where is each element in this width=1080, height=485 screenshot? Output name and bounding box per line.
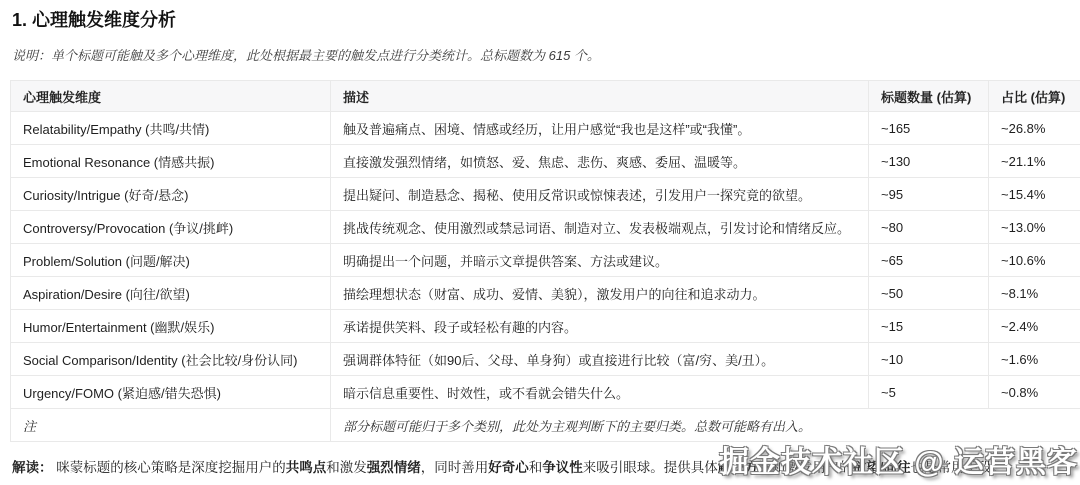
column-header-2: 标题数量 (估算): [869, 81, 989, 112]
interpretation-segment: 和激发: [326, 460, 367, 475]
description-cell: 提出疑问、制造悬念、揭秘、使用反常识或惊悚表述，引发用户一探究竟的欲望。: [331, 178, 869, 211]
share-cell: ~21.1%: [989, 145, 1080, 178]
column-header-0: 心理触发维度: [11, 81, 331, 112]
watermark: 掘金技术社区 @ 运营黑客: [719, 437, 1078, 481]
interpretation-bold-segment: 好奇心: [488, 460, 529, 475]
count-cell: ~80: [869, 211, 989, 244]
table-row: Urgency/FOMO (紧迫感/错失恐惧)暗示信息重要性、时效性，或不看就会…: [11, 376, 1080, 409]
dimension-cell: Problem/Solution (问题/解决): [11, 244, 331, 277]
dimension-cell: Social Comparison/Identity (社会比较/身份认同): [11, 343, 331, 376]
count-cell: ~5: [869, 376, 989, 409]
interpretation-segment: ，同时善用: [421, 460, 489, 475]
description-cell: 明确提出一个问题，并暗示文章提供答案、方法或建议。: [331, 244, 869, 277]
table-row: Emotional Resonance (情感共振)直接激发强烈情绪，如愤怒、爱…: [11, 145, 1080, 178]
count-cell: ~165: [869, 112, 989, 145]
column-header-1: 描述: [331, 81, 869, 112]
page-note: 说明：单个标题可能触及多个心理维度，此处根据最主要的触发点进行分类统计。总标题数…: [12, 47, 1080, 65]
dimension-cell: Relatability/Empathy (共鸣/共情): [11, 112, 331, 145]
count-cell: ~95: [869, 178, 989, 211]
interpretation-segment: 咪蒙标题的核心策略是深度挖掘用户的: [56, 460, 286, 475]
dimension-cell: Humor/Entertainment (幽默/娱乐): [11, 310, 331, 343]
description-cell: 承诺提供笑料、段子或轻松有趣的内容。: [331, 310, 869, 343]
interpretation-segment: 和: [529, 460, 543, 475]
table-row: Relatability/Empathy (共鸣/共情)触及普遍痛点、困境、情感…: [11, 112, 1080, 145]
table-row: Controversy/Provocation (争议/挑衅)挑战传统观念、使用…: [11, 211, 1080, 244]
count-cell: ~65: [869, 244, 989, 277]
share-cell: ~1.6%: [989, 343, 1080, 376]
description-cell: 强调群体特征（如90后、父母、单身狗）或直接进行比较（富/穷、美/丑）。: [331, 343, 869, 376]
count-cell: ~50: [869, 277, 989, 310]
footnote-label-cell: 注: [11, 409, 331, 442]
table-row: Humor/Entertainment (幽默/娱乐)承诺提供笑料、段子或轻松有…: [11, 310, 1080, 343]
table-row: Curiosity/Intrigue (好奇/悬念)提出疑问、制造悬念、揭秘、使…: [11, 178, 1080, 211]
document-page: 1. 心理触发维度分析 说明：单个标题可能触及多个心理维度，此处根据最主要的触发…: [0, 0, 1080, 477]
share-cell: ~2.4%: [989, 310, 1080, 343]
table-row: Social Comparison/Identity (社会比较/身份认同)强调…: [11, 343, 1080, 376]
share-cell: ~15.4%: [989, 178, 1080, 211]
interpretation-bold-segment: 强烈情绪: [367, 460, 421, 475]
description-cell: 描绘理想状态（财富、成功、爱情、美貌），激发用户的向往和追求动力。: [331, 277, 869, 310]
description-cell: 挑战传统观念、使用激烈或禁忌词语、制造对立、发表极端观点，引发讨论和情绪反应。: [331, 211, 869, 244]
table-row: Problem/Solution (问题/解决)明确提出一个问题，并暗示文章提供…: [11, 244, 1080, 277]
description-cell: 暗示信息重要性、时效性，或不看就会错失什么。: [331, 376, 869, 409]
share-cell: ~0.8%: [989, 376, 1080, 409]
interpretation-label: 解读：: [12, 460, 53, 475]
count-cell: ~15: [869, 310, 989, 343]
dimension-cell: Aspiration/Desire (向往/欲望): [11, 277, 331, 310]
share-cell: ~26.8%: [989, 112, 1080, 145]
page-title: 1. 心理触发维度分析: [12, 8, 1080, 32]
table-row: Aspiration/Desire (向往/欲望)描绘理想状态（财富、成功、爱情…: [11, 277, 1080, 310]
dimension-cell: Curiosity/Intrigue (好奇/悬念): [11, 178, 331, 211]
share-cell: ~13.0%: [989, 211, 1080, 244]
column-header-3: 占比 (估算): [989, 81, 1080, 112]
interpretation-segment: 来吸引眼球。提供具体: [583, 460, 718, 475]
dimension-cell: Emotional Resonance (情感共振): [11, 145, 331, 178]
share-cell: ~10.6%: [989, 244, 1080, 277]
dimension-cell: Controversy/Provocation (争议/挑衅): [11, 211, 331, 244]
trigger-dimension-table: 心理触发维度描述标题数量 (估算)占比 (估算) Relatability/Em…: [10, 80, 1080, 442]
count-cell: ~130: [869, 145, 989, 178]
table-header-row: 心理触发维度描述标题数量 (估算)占比 (估算): [11, 81, 1080, 112]
count-cell: ~10: [869, 343, 989, 376]
share-cell: ~8.1%: [989, 277, 1080, 310]
dimension-cell: Urgency/FOMO (紧迫感/错失恐惧): [11, 376, 331, 409]
description-cell: 触及普遍痛点、困境、情感或经历，让用户感觉“我也是这样”或“我懂”。: [331, 112, 869, 145]
description-cell: 直接激发强烈情绪，如愤怒、爱、焦虑、悲伤、爽感、委屈、温暖等。: [331, 145, 869, 178]
interpretation-bold-segment: 共鸣点: [286, 460, 327, 475]
interpretation-bold-segment: 争议性: [542, 460, 583, 475]
